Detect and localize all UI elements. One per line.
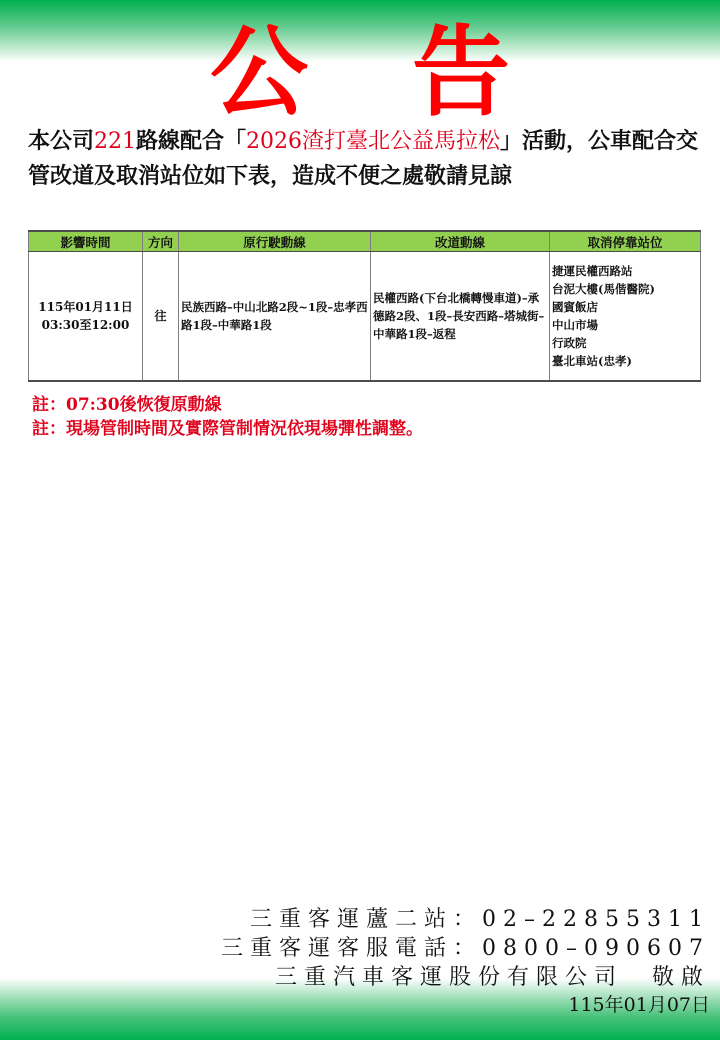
- detour-table: 影響時間 方向 原行駛動線 改道動線 取消停靠站位 115年01月11日 03:…: [28, 230, 701, 382]
- cell-original-route: 民族西路–中山北路2段~1段–忠孝西路1段–中華路1段: [179, 252, 371, 382]
- table-row: 115年01月11日 03:30至12:00 往 民族西路–中山北路2段~1段–…: [29, 252, 701, 382]
- footer-signature: 三重客運蘆二站：02–22855311 三重客運客服電話：0800–090607…: [210, 905, 710, 1018]
- cell-detour-route: 民權西路(下台北橋轉慢車道)–承德路2段、1段–長安西路–塔城街–中華路1段–返…: [371, 252, 550, 382]
- page-title: 公告: [0, 18, 720, 128]
- header-cancelled-stops: 取消停靠站位: [550, 231, 701, 252]
- header-original-route: 原行駛動線: [179, 231, 371, 252]
- intro-text-1: 本公司: [28, 128, 94, 154]
- service-phone: 三重客運客服電話：0800–090607: [210, 934, 710, 963]
- station-phone: 三重客運蘆二站：02–22855311: [210, 905, 710, 934]
- note-item: 註：07:30後恢復原動線: [32, 393, 712, 417]
- stop-item: 中山市場: [552, 316, 698, 334]
- stop-item: 國賓飯店: [552, 298, 698, 316]
- note-item: 註：現場管制時間及實際管制情況依現場彈性調整。: [32, 417, 712, 441]
- event-name: 2026渣打臺北公益馬拉松: [246, 129, 500, 154]
- issue-date: 115年01月07日: [210, 992, 710, 1018]
- stop-item: 行政院: [552, 334, 698, 352]
- cell-affected-time: 115年01月11日 03:30至12:00: [29, 252, 143, 382]
- cell-direction: 往: [143, 252, 179, 382]
- company-name: 三重汽車客運股份有限公司 敬啟: [210, 963, 710, 992]
- stop-item: 捷運民權西路站: [552, 262, 698, 280]
- intro-text-2: 路線配合「: [136, 128, 246, 154]
- header-detour-route: 改道動線: [371, 231, 550, 252]
- stop-item: 臺北車站(忠孝): [552, 352, 698, 370]
- intro-paragraph: 本公司221路線配合「2026渣打臺北公益馬拉松」活動，公車配合交管改道及取消站…: [28, 124, 708, 194]
- title-char-2: 告: [412, 18, 510, 128]
- header-direction: 方向: [143, 231, 179, 252]
- table-header-row: 影響時間 方向 原行駛動線 改道動線 取消停靠站位: [29, 231, 701, 252]
- route-number: 221: [94, 129, 136, 154]
- stop-item: 台泥大樓(馬偕醫院): [552, 280, 698, 298]
- notes-section: 註：07:30後恢復原動線 註：現場管制時間及實際管制情況依現場彈性調整。: [32, 393, 712, 441]
- title-char-1: 公: [210, 18, 308, 128]
- header-affected-time: 影響時間: [29, 231, 143, 252]
- time-date: 115年01月11日: [31, 298, 140, 316]
- time-range: 03:30至12:00: [31, 316, 140, 334]
- cell-cancelled-stops: 捷運民權西路站 台泥大樓(馬偕醫院) 國賓飯店 中山市場 行政院 臺北車站(忠孝…: [550, 252, 701, 382]
